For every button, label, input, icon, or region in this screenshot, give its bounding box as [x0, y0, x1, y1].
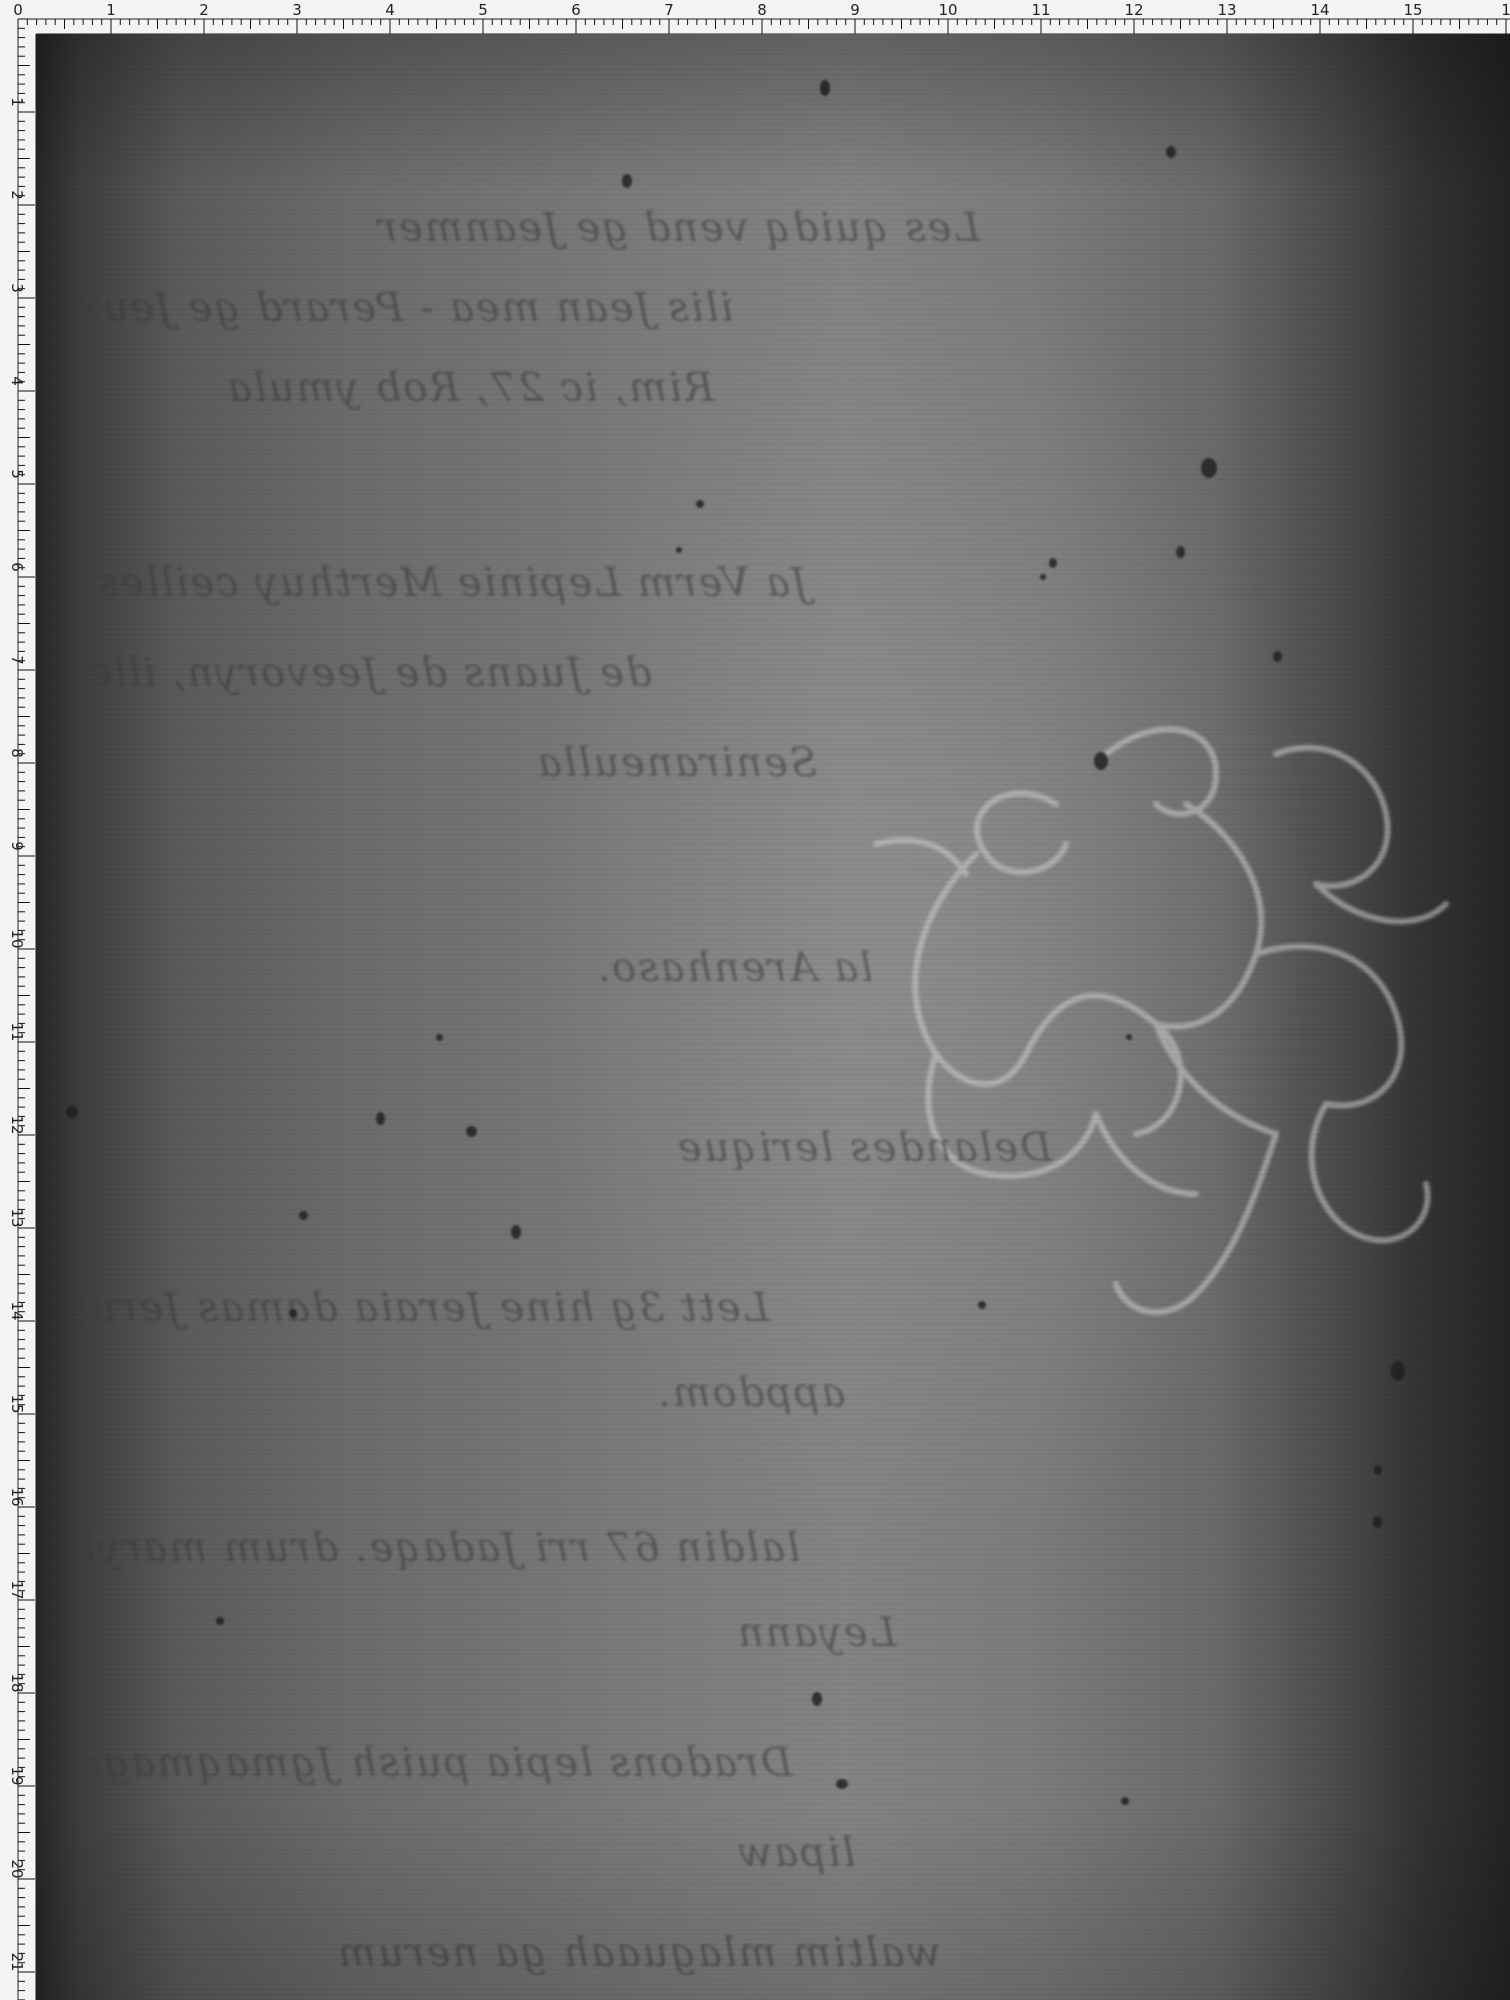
ink-spot — [1049, 558, 1057, 568]
ruler-label: 5 — [8, 469, 26, 479]
ruler-label: 4 — [8, 376, 26, 386]
ink-spot — [1126, 1034, 1132, 1040]
ink-spot — [436, 1034, 443, 1041]
ruler-label: 16 — [8, 1487, 26, 1506]
ink-spot — [978, 1301, 986, 1309]
ink-spot — [676, 547, 682, 553]
ruler-label: 1 — [8, 97, 26, 107]
handwriting-line: laldin 67 rri Jadaqe. drum maryll — [66, 1525, 800, 1571]
handwriting-line: Dradons lepia puish Jgmaqmaga — [76, 1740, 793, 1786]
handwriting-line: Delandes lerique — [676, 1125, 1052, 1171]
ruler-label: 17 — [8, 1580, 26, 1599]
handwriting-line: de Juans de Jeevoryn, ille — [86, 650, 652, 696]
ruler-label: 20 — [8, 1859, 26, 1878]
ink-spot — [466, 1126, 477, 1137]
ruler-label: 15 — [8, 1394, 26, 1413]
ink-spot — [836, 1779, 848, 1789]
ruler-label: 2 — [8, 190, 26, 200]
ink-spot — [1094, 752, 1108, 770]
ink-spot — [1273, 651, 1282, 662]
ruler-label: 13 — [1217, 1, 1236, 19]
ruler-label: 3 — [292, 1, 302, 19]
handwriting-line: waltim mlaguaah ga nerum — [336, 1930, 941, 1976]
ink-spot — [216, 1617, 224, 1625]
handwriting-line: Lett 3g hine Jeraia damas Jerus — [66, 1285, 769, 1331]
ruler-label: 9 — [8, 841, 26, 851]
ruler-label: 1 — [106, 1, 116, 19]
ink-spot — [1040, 574, 1046, 580]
ruler-label: 8 — [8, 748, 26, 758]
ruler-label: 3 — [8, 283, 26, 293]
ruler-label: 14 — [1310, 1, 1329, 19]
ruler-label: 4 — [385, 1, 395, 19]
ruler-label: 0 — [13, 1, 23, 19]
ruler-label: 13 — [8, 1208, 26, 1227]
ruler-label: 9 — [850, 1, 860, 19]
ruler-label: 19 — [8, 1766, 26, 1785]
ruler-label: 15 — [1403, 1, 1422, 19]
ink-spot — [696, 500, 704, 508]
ruler-label: 11 — [8, 1022, 26, 1041]
ink-spot — [1166, 146, 1176, 158]
handwriting-line: la Arenhaso. — [596, 945, 873, 991]
manuscript-scan: Les quidq vend ge Jeanmerilis Jean mea -… — [36, 34, 1510, 2000]
ink-spot — [1121, 1797, 1129, 1805]
handwriting-line: Leyann — [736, 1610, 896, 1656]
ruler-label: 12 — [1124, 1, 1143, 19]
ruler-label: 2 — [199, 1, 209, 19]
ruler-label: 6 — [8, 562, 26, 572]
ink-spot — [289, 1309, 297, 1318]
ruler-label: 14 — [8, 1301, 26, 1320]
ruler-label: 7 — [664, 1, 674, 19]
ruler-label: 7 — [8, 655, 26, 665]
handwriting-line: Les quidq vend ge Jeanmer — [376, 205, 980, 251]
ruler-label: 5 — [478, 1, 488, 19]
ink-spot — [376, 1112, 385, 1125]
ruler-label: 11 — [1031, 1, 1050, 19]
ruler-label: 8 — [757, 1, 767, 19]
handwriting-line: Seniraneulla — [536, 740, 817, 786]
ink-spot — [299, 1211, 308, 1220]
ink-spot — [1373, 1516, 1382, 1528]
ink-spot — [622, 174, 632, 188]
ruler-label: 12 — [8, 1115, 26, 1134]
ink-spot — [820, 80, 830, 96]
ruler-label: 10 — [8, 929, 26, 948]
ink-spot — [812, 1692, 822, 1706]
watermark-figure — [856, 694, 1476, 1334]
ink-spot — [511, 1225, 521, 1239]
ruler-label: 6 — [571, 1, 581, 19]
handwriting-line: ilis Jean mea - Perard ge Jeux — [76, 285, 733, 331]
ruler-label: 21 — [8, 1952, 26, 1971]
handwriting-line: lipaw — [736, 1830, 855, 1876]
handwriting-line: Ja Verm Lepinie Merthuy ceilles — [96, 560, 808, 606]
ink-spot — [1374, 1465, 1382, 1475]
ink-spot — [1176, 546, 1185, 558]
handwriting-line: Rim, ic 27, Rob ymula — [226, 365, 714, 411]
ink-spot — [1201, 458, 1217, 478]
handwriting-line: appdom. — [656, 1370, 845, 1416]
ink-spot — [66, 1106, 78, 1118]
ruler-label: 1 — [1501, 1, 1510, 19]
ruler-label: 10 — [938, 1, 957, 19]
ruler-label: 18 — [8, 1673, 26, 1692]
ink-spot — [1391, 1361, 1405, 1381]
